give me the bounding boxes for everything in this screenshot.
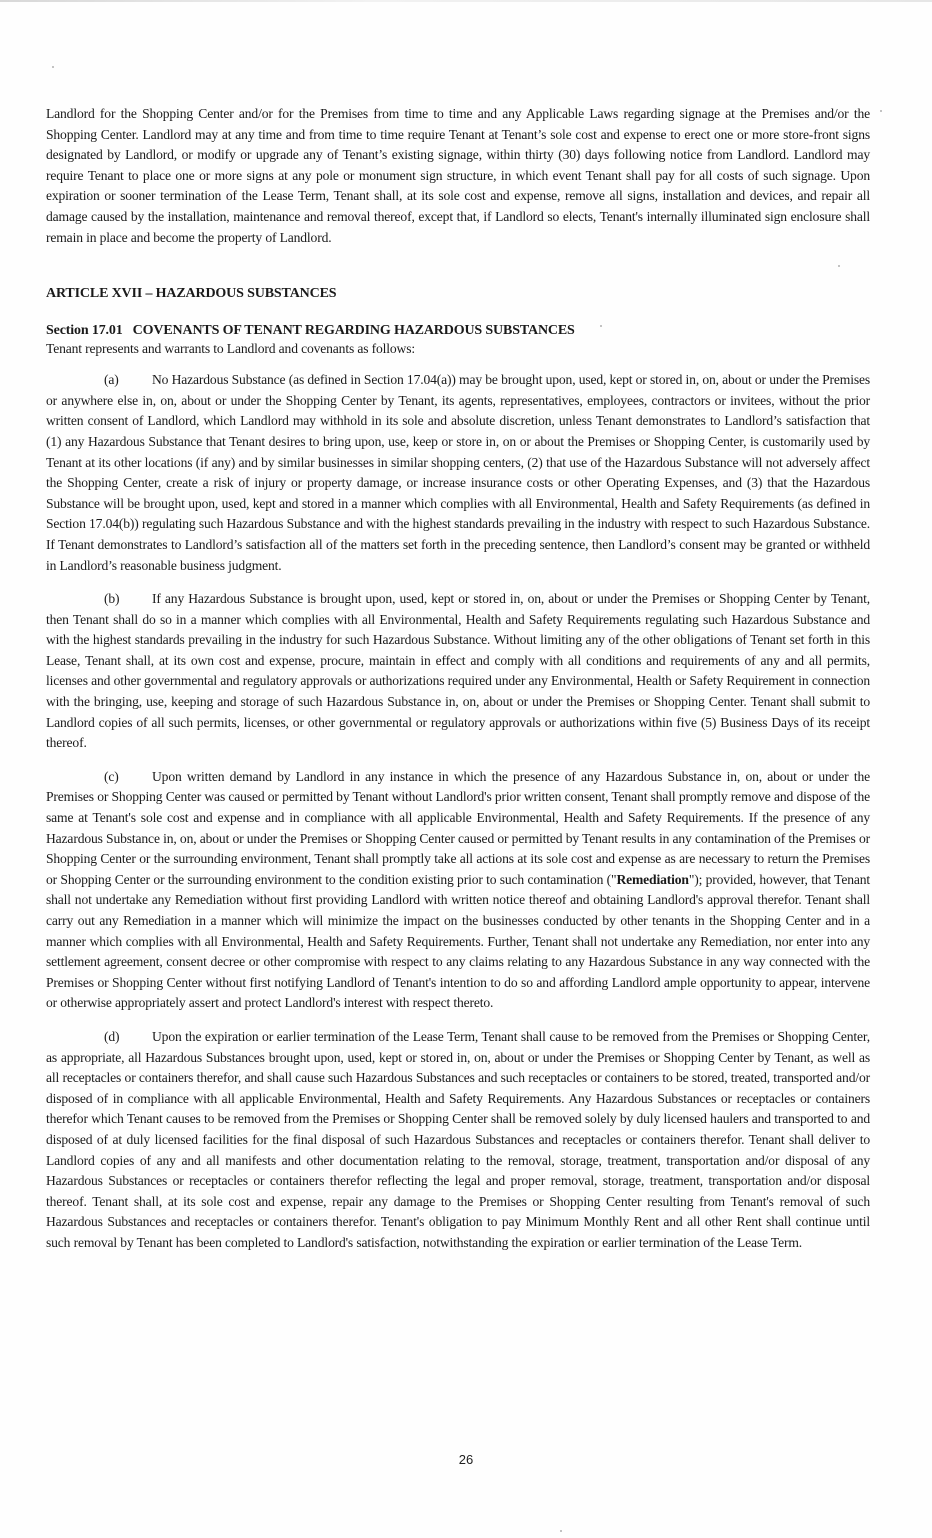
subsection-a: (a)No Hazardous Substance (as defined in…	[46, 370, 870, 576]
section-title: COVENANTS OF TENANT REGARDING HAZARDOUS …	[133, 323, 575, 338]
article-heading: ARTICLE XVII – HAZARDOUS SUBSTANCES	[46, 284, 870, 304]
section-intro: Tenant represents and warrants to Landlo…	[46, 340, 870, 358]
page-number: 26	[0, 1452, 932, 1467]
subsection-c: (c)Upon written demand by Landlord in an…	[46, 767, 870, 1014]
scan-top-edge	[0, 0, 932, 2]
subsection-text-before-term: Upon written demand by Landlord in any i…	[46, 769, 870, 887]
defined-term-remediation: Remediation	[616, 872, 688, 887]
subsection-text: No Hazardous Substance (as defined in Se…	[46, 372, 870, 572]
section-number: Section 17.01	[46, 323, 123, 338]
scanned-document-page: Landlord for the Shopping Center and/or …	[0, 0, 932, 1538]
subsection-label: (d)	[104, 1027, 152, 1048]
section-heading: Section 17.01 COVENANTS OF TENANT REGARD…	[46, 322, 870, 340]
scan-speck	[52, 66, 54, 68]
document-body: Landlord for the Shopping Center and/or …	[46, 104, 870, 1267]
subsection-d: (d)Upon the expiration or earlier termin…	[46, 1027, 870, 1254]
subsection-text-after-term: "); provided, however, that Tenant shall…	[46, 872, 870, 1011]
scan-speck	[880, 110, 882, 112]
subsection-label: (b)	[104, 589, 152, 610]
subsection-label: (c)	[104, 767, 152, 788]
subsection-text: If any Hazardous Substance is brought up…	[46, 591, 870, 750]
scan-speck	[560, 1530, 562, 1532]
continuation-paragraph: Landlord for the Shopping Center and/or …	[46, 104, 870, 248]
subsection-b: (b)If any Hazardous Substance is brought…	[46, 589, 870, 754]
subsection-text: Upon the expiration or earlier terminati…	[46, 1029, 870, 1250]
subsection-label: (a)	[104, 370, 152, 391]
